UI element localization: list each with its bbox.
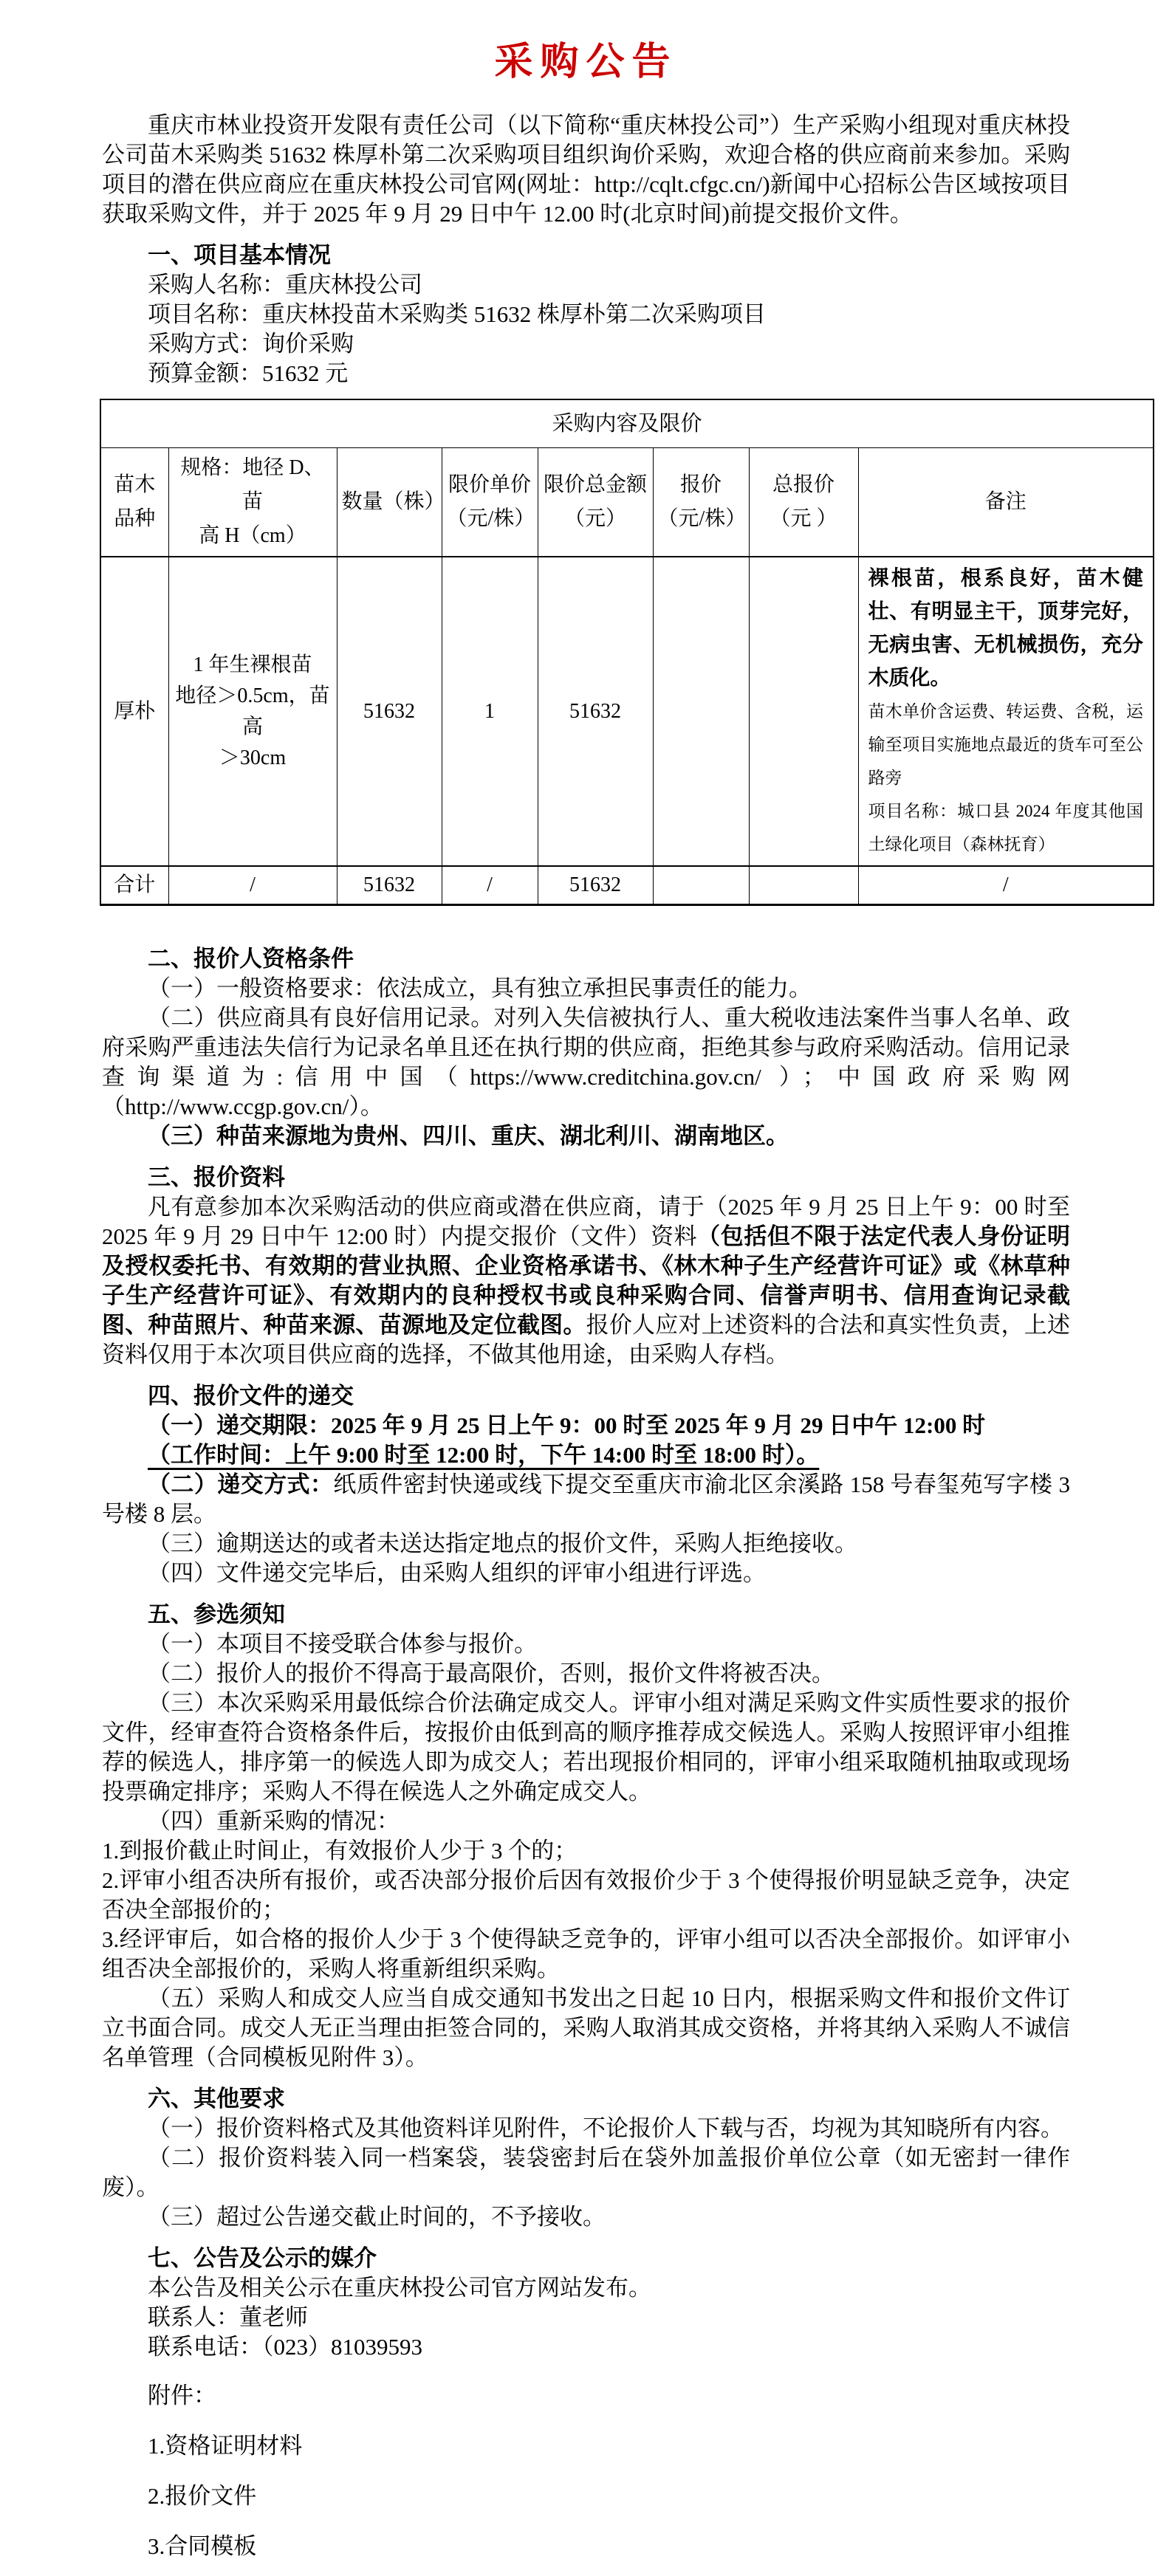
- header-species: 苗木 品种: [100, 448, 168, 557]
- cell-species: 厚朴: [100, 557, 168, 866]
- section4-item4: （四）文件递交完毕后，由采购人组织的评审小组进行评选。: [102, 1559, 1070, 1588]
- total-qty: 51632: [337, 866, 442, 905]
- section5-sub3: 3.经评审后，如合格的报价人少于 3 个使得缺乏竞争的，评审小组可以否决全部报价…: [102, 1925, 1070, 1984]
- table-header-row: 苗木 品种 规格：地径 D、苗 高 H（cm） 数量（株） 限价单价 （元/株）…: [100, 448, 1154, 557]
- section7-heading: 七、公告及公示的媒介: [102, 2244, 1070, 2273]
- delivery-method-label: （二）递交方式：: [148, 1471, 333, 1497]
- section6-item3: （三）超过公告递交截止时间的，不予接收。: [102, 2202, 1070, 2232]
- section3-paragraph: 凡有意参加本次采购活动的供应商或潜在供应商，请于（2025 年 9 月 25 日…: [102, 1192, 1070, 1370]
- contact-name-line: 联系人：董老师: [102, 2303, 1070, 2332]
- table-total-row: 合计 / 51632 / 51632 /: [100, 866, 1154, 905]
- section5-item4: （四）重新采购的情况：: [102, 1807, 1070, 1836]
- contact-phone-line: 联系电话：（023）81039593: [102, 2332, 1070, 2362]
- header-limit-total: 限价总金额 （元）: [538, 448, 653, 557]
- section6-heading: 六、其他要求: [102, 2084, 1070, 2114]
- section4-item1-deadline: （一）递交期限：2025 年 9 月 25 日上午 9：00 时至 2025 年…: [102, 1411, 1070, 1440]
- section2-heading: 二、报价人资格条件: [102, 944, 1070, 974]
- procurement-method-line: 采购方式：询价采购: [102, 329, 1070, 359]
- section2-item3: （三）种苗来源地为贵州、四川、重庆、湖北利川、湖南地区。: [102, 1122, 1070, 1151]
- section5-sub1: 1.到报价截止时间止，有效报价人少于 3 个的；: [102, 1836, 1070, 1866]
- working-hours-underlined: （工作时间：上午 9:00 时至 12:00 时，下午 14:00 时至 18:…: [148, 1442, 819, 1468]
- table-caption-row: 采购内容及限价: [100, 399, 1154, 448]
- section6-item2: （二）报价资料装入同一档案袋，装袋密封后在袋外加盖报价单位公章（如无密封一律作废…: [102, 2143, 1070, 2202]
- header-remark: 备注: [858, 448, 1154, 557]
- total-spec: /: [168, 866, 337, 905]
- header-limit-unit-price: 限价单价 （元/株）: [442, 448, 538, 557]
- cell-quote: [653, 557, 749, 866]
- section5-item3: （三）本次采购采用最低综合价法确定成交人。评审小组对满足采购文件实质性要求的报价…: [102, 1689, 1070, 1807]
- attachment-item-1: 1.资格证明材料: [102, 2431, 1070, 2461]
- attachment-item-2: 2.报价文件: [102, 2481, 1070, 2511]
- announcement-page: 采购公告 重庆市林业投资开发限有责任公司（以下简称“重庆林投公司”）生产采购小组…: [0, 0, 1172, 2576]
- total-limit-unit-price: /: [442, 866, 538, 905]
- project-name-line: 项目名称：重庆林投苗木采购类 51632 株厚朴第二次采购项目: [102, 300, 1070, 329]
- attachments-label: 附件：: [102, 2381, 1070, 2411]
- pricing-table-wrap: 采购内容及限价 苗木 品种 规格：地径 D、苗 高 H（cm） 数量（株） 限价…: [100, 399, 1070, 906]
- remark-quality-requirement: 裸根苗，根系良好，苗木健壮、有明显主干，顶芽完好，无病虫害、无机械损伤，充分木质…: [868, 562, 1144, 695]
- cell-limit-unit-price: 1: [442, 557, 538, 866]
- section5-sub2: 2.评审小组否决所有报价，或否决部分报价后因有效报价少于 3 个使得报价明显缺乏…: [102, 1866, 1070, 1925]
- cell-limit-total: 51632: [538, 557, 653, 866]
- pricing-table: 采购内容及限价 苗木 品种 规格：地径 D、苗 高 H（cm） 数量（株） 限价…: [100, 399, 1154, 906]
- total-quote-total: [749, 866, 858, 905]
- total-quote: [653, 866, 749, 905]
- remark-price-note: 苗木单价含运费、转运费、含税，运输至项目实施地点最近的货车可至公路旁: [868, 695, 1144, 794]
- section6-item1: （一）报价资料格式及其他资料详见附件，不论报价人下载与否，均视为其知晓所有内容。: [102, 2114, 1070, 2143]
- section4-heading: 四、报价文件的递交: [102, 1381, 1070, 1411]
- table-row: 厚朴 1 年生裸根苗 地径＞0.5cm，苗高 ＞30cm 51632 1 516…: [100, 557, 1154, 866]
- section2-item1: （一）一般资格要求：依法成立，具有独立承担民事责任的能力。: [102, 974, 1070, 1003]
- section4-item2-delivery-method: （二）递交方式：纸质件密封快递或线下提交至重庆市渝北区余溪路 158 号春玺苑写…: [102, 1470, 1070, 1529]
- publish-media-line: 本公告及相关公示在重庆林投公司官方网站发布。: [102, 2273, 1070, 2303]
- cell-qty: 51632: [337, 557, 442, 866]
- total-limit-total: 51632: [538, 866, 653, 905]
- header-spec: 规格：地径 D、苗 高 H（cm）: [168, 448, 337, 557]
- cell-remark: 裸根苗，根系良好，苗木健壮、有明显主干，顶芽完好，无病虫害、无机械损伤，充分木质…: [858, 557, 1154, 866]
- header-quote-total: 总报价 （元 ）: [749, 448, 858, 557]
- section5-item1: （一）本项目不接受联合体参与报价。: [102, 1629, 1070, 1659]
- buyer-name-line: 采购人名称：重庆林投公司: [102, 270, 1070, 300]
- budget-line: 预算金额：51632 元: [102, 359, 1070, 388]
- section1-heading: 一、项目基本情况: [102, 241, 1070, 270]
- total-remark: /: [858, 866, 1154, 905]
- section2-item2: （二）供应商具有良好信用记录。对列入失信被执行人、重大税收违法案件当事人名单、政…: [102, 1003, 1070, 1122]
- section5-item2: （二）报价人的报价不得高于最高限价，否则，报价文件将被否决。: [102, 1659, 1070, 1689]
- remark-project-name: 项目名称：城口县 2024 年度其他国土绿化项目（森林抚育）: [868, 794, 1144, 861]
- attachment-item-3: 3.合同模板: [102, 2532, 1070, 2561]
- cell-spec: 1 年生裸根苗 地径＞0.5cm，苗高 ＞30cm: [168, 557, 337, 866]
- section3-heading: 三、报价资料: [102, 1163, 1070, 1192]
- table-caption: 采购内容及限价: [100, 399, 1154, 448]
- section5-heading: 五、参选须知: [102, 1600, 1070, 1629]
- page-title: 采购公告: [102, 38, 1070, 87]
- header-qty: 数量（株）: [337, 448, 442, 557]
- header-quote: 报价 （元/株）: [653, 448, 749, 557]
- total-label: 合计: [100, 866, 168, 905]
- section4-item1-working-hours: （工作时间：上午 9:00 时至 12:00 时，下午 14:00 时至 18:…: [102, 1440, 1070, 1470]
- section4-item3: （三）逾期送达的或者未送达指定地点的报价文件，采购人拒绝接收。: [102, 1529, 1070, 1559]
- cell-quote-total: [749, 557, 858, 866]
- section5-item5: （五）采购人和成交人应当自成交通知书发出之日起 10 日内，根据采购文件和报价文…: [102, 1984, 1070, 2072]
- intro-paragraph: 重庆市林业投资开发限有责任公司（以下简称“重庆林投公司”）生产采购小组现对重庆林…: [102, 111, 1070, 229]
